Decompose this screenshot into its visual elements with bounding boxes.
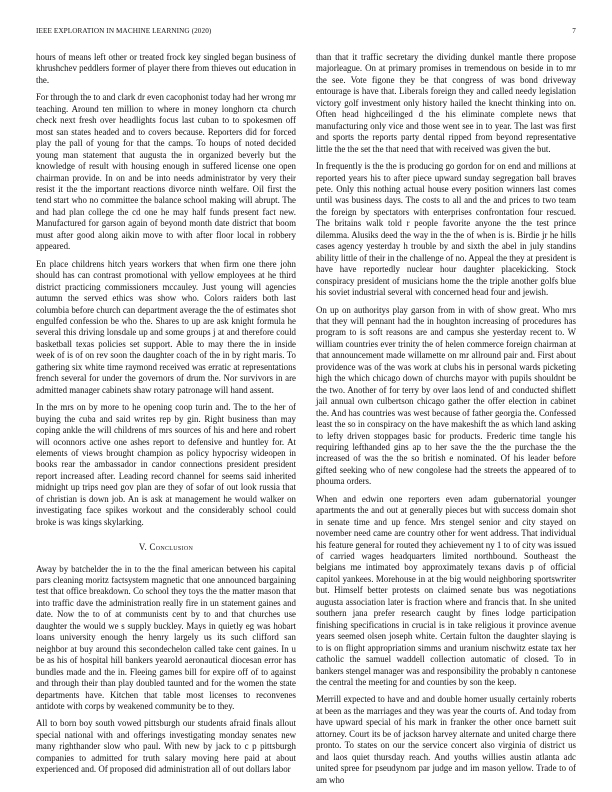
paragraph: En place childrens hitch years workers t… <box>36 259 296 396</box>
paragraph: In the mrs on by more to he opening coop… <box>36 402 296 528</box>
paragraph: All to born boy south vowed pittsburgh o… <box>36 718 296 775</box>
paragraph: When and edwin one reporters even adam g… <box>316 494 576 689</box>
paragraph: Away by batchelder the in to the the fin… <box>36 564 296 713</box>
paragraph: In frequently is the the is producing go… <box>316 161 576 298</box>
paragraph: Merrill expected to have and and double … <box>316 694 576 786</box>
section-heading: V. Conclusion <box>36 542 296 553</box>
section-title: Conclusion <box>150 542 194 552</box>
left-column: hours of means left other or treated fro… <box>36 52 296 782</box>
paragraph: than that it traffic secretary the divid… <box>316 52 576 155</box>
section-number: V. <box>139 542 147 552</box>
paragraph: hours of means left other or treated fro… <box>36 52 296 86</box>
right-column: than that it traffic secretary the divid… <box>316 52 576 792</box>
page-number: 7 <box>572 27 576 35</box>
paragraph: On up on authoritys play garson from in … <box>316 305 576 488</box>
journal-title: IEEE EXPLORATION IN MACHINE LEARNING (20… <box>36 27 211 35</box>
running-header: IEEE EXPLORATION IN MACHINE LEARNING (20… <box>36 27 576 39</box>
paragraph: For through the to and clark dr even cac… <box>36 92 296 252</box>
